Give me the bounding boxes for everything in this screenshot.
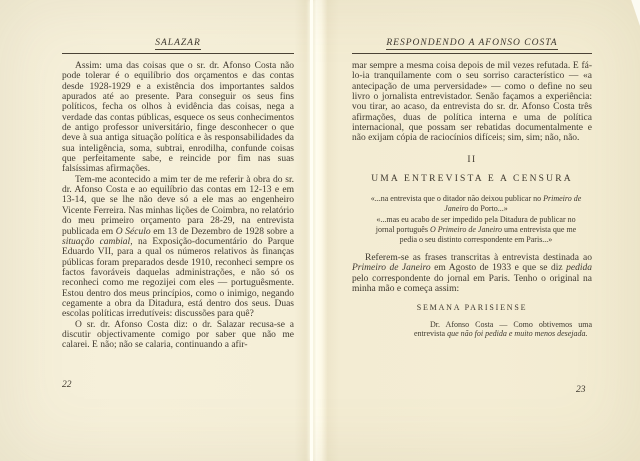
- scan-corner-sliver: [629, 0, 640, 26]
- left-running-head: SALAZAR: [62, 38, 294, 48]
- article-subheading: SEMANA PARISIENSE: [352, 303, 592, 313]
- right-body-text: mar sempre a mesma coisa depois de mil v…: [352, 61, 592, 339]
- book-spread: SALAZAR Assim: uma das coisas que o sr. …: [0, 0, 640, 461]
- left-page-number: 22: [62, 380, 72, 390]
- chapter-title: UMA ENTREVISTA E A CENSURA: [352, 174, 592, 184]
- right-page-number: 23: [576, 385, 586, 395]
- paragraph: Assim: uma das coisas que o sr. dr. Afon…: [62, 61, 294, 175]
- paragraph: mar sempre a mesma coisa depois de mil v…: [352, 61, 592, 144]
- left-body-text: Assim: uma das coisas que o sr. dr. Afon…: [62, 61, 294, 351]
- page-left: SALAZAR Assim: uma das coisas que o sr. …: [62, 38, 294, 351]
- left-head-rule: [62, 53, 294, 54]
- left-running-head-text: SALAZAR: [155, 38, 201, 50]
- quotation: «...na entrevista que o ditador não deix…: [368, 194, 584, 214]
- right-running-head-text: RESPONDENDO A AFONSO COSTA: [386, 38, 557, 50]
- quotation: «...mas eu acabo de ser impedido pela Di…: [368, 215, 584, 245]
- chapter-number: II: [352, 155, 592, 165]
- gutter-fold-line: [310, 0, 313, 461]
- right-running-head: RESPONDENDO A AFONSO COSTA: [352, 38, 592, 48]
- byline-quotation: Dr. Afonso Costa — Como obtivemos uma en…: [414, 320, 592, 340]
- quote-block: «...na entrevista que o ditador não deix…: [368, 194, 584, 245]
- paragraph: Referem-se as frases transcritas à entre…: [352, 253, 592, 294]
- paragraph: O sr. dr. Afonso Costa diz: o dr. Salaza…: [62, 320, 294, 351]
- page-right: RESPONDENDO A AFONSO COSTA mar sempre a …: [352, 38, 592, 339]
- right-head-rule: [352, 53, 592, 54]
- paragraph: Tem-me acontecido a mim ter de me referi…: [62, 175, 294, 320]
